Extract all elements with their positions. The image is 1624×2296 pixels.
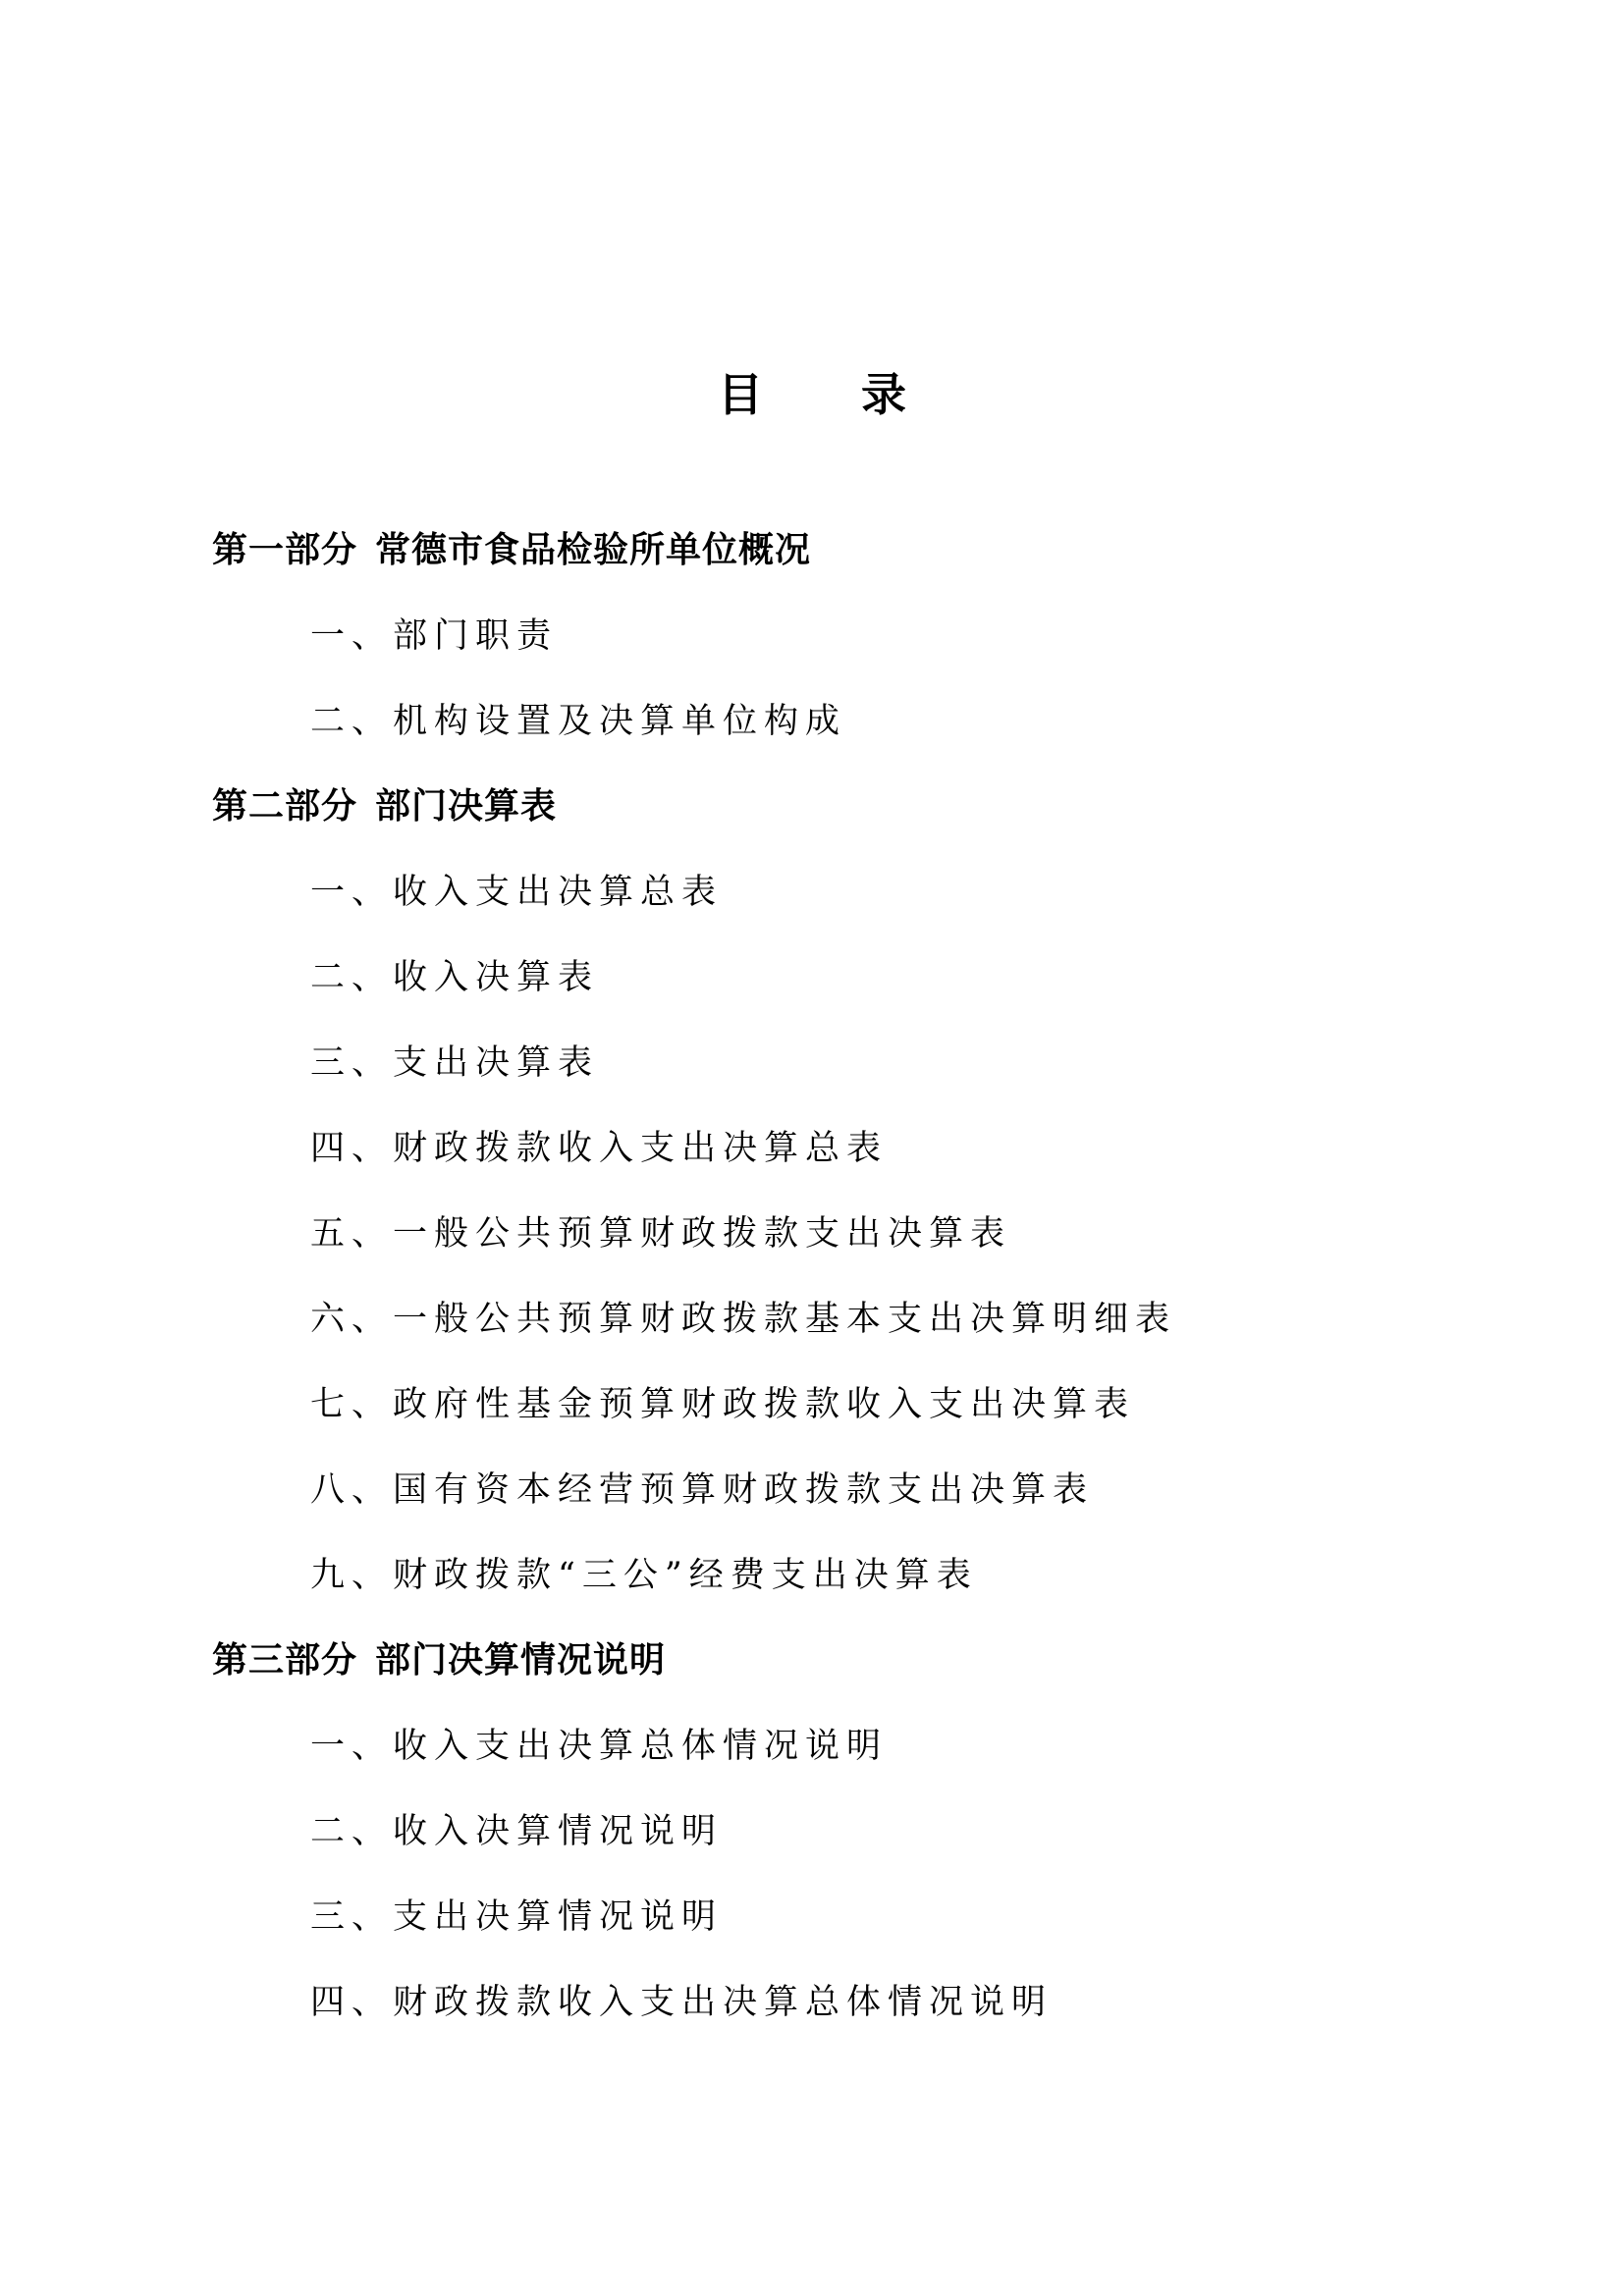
part-heading: 部门决算情况说明 <box>375 1640 666 1681</box>
part-heading: 部门决算表 <box>375 786 557 827</box>
toc-item[interactable]: 三、支出决算表 <box>212 1039 1428 1124</box>
toc-item[interactable]: 八、国有资本经营预算财政拨款支出决算表 <box>212 1466 1428 1551</box>
part-label: 第三部分 <box>212 1640 357 1681</box>
toc-item[interactable]: 四、财政拨款收入支出决算总表 <box>212 1124 1428 1209</box>
toc-item[interactable]: 七、政府性基金预算财政拨款收入支出决算表 <box>212 1380 1428 1466</box>
toc-item[interactable]: 九、财政拨款“三公”经费支出决算表 <box>212 1551 1428 1636</box>
toc-item[interactable]: 四、财政拨款收入支出决算总体情况说明 <box>212 1978 1428 2063</box>
toc-part-2[interactable]: 第二部分部门决算表 <box>212 782 1428 868</box>
toc-item[interactable]: 二、收入决算情况说明 <box>212 1807 1428 1893</box>
part-label: 第二部分 <box>212 786 357 827</box>
toc-item[interactable]: 六、一般公共预算财政拨款基本支出决算明细表 <box>212 1295 1428 1380</box>
toc-item[interactable]: 一、部门职责 <box>212 612 1428 697</box>
page-title: 目录 <box>0 365 1624 424</box>
part-label: 第一部分 <box>212 530 357 570</box>
toc-item[interactable]: 五、一般公共预算财政拨款支出决算表 <box>212 1209 1428 1295</box>
toc-item[interactable]: 二、收入决算表 <box>212 953 1428 1039</box>
part-heading: 常德市食品检验所单位概况 <box>375 530 811 570</box>
table-of-contents: 第一部分常德市食品检验所单位概况 一、部门职责 二、机构设置及决算单位构成 第二… <box>212 526 1428 2063</box>
toc-item[interactable]: 二、机构设置及决算单位构成 <box>212 697 1428 782</box>
toc-part-3[interactable]: 第三部分部门决算情况说明 <box>212 1636 1428 1722</box>
toc-item[interactable]: 三、支出决算情况说明 <box>212 1893 1428 1978</box>
toc-item[interactable]: 一、收入支出决算总表 <box>212 868 1428 953</box>
toc-item[interactable]: 一、收入支出决算总体情况说明 <box>212 1722 1428 1807</box>
toc-part-1[interactable]: 第一部分常德市食品检验所单位概况 <box>212 526 1428 612</box>
